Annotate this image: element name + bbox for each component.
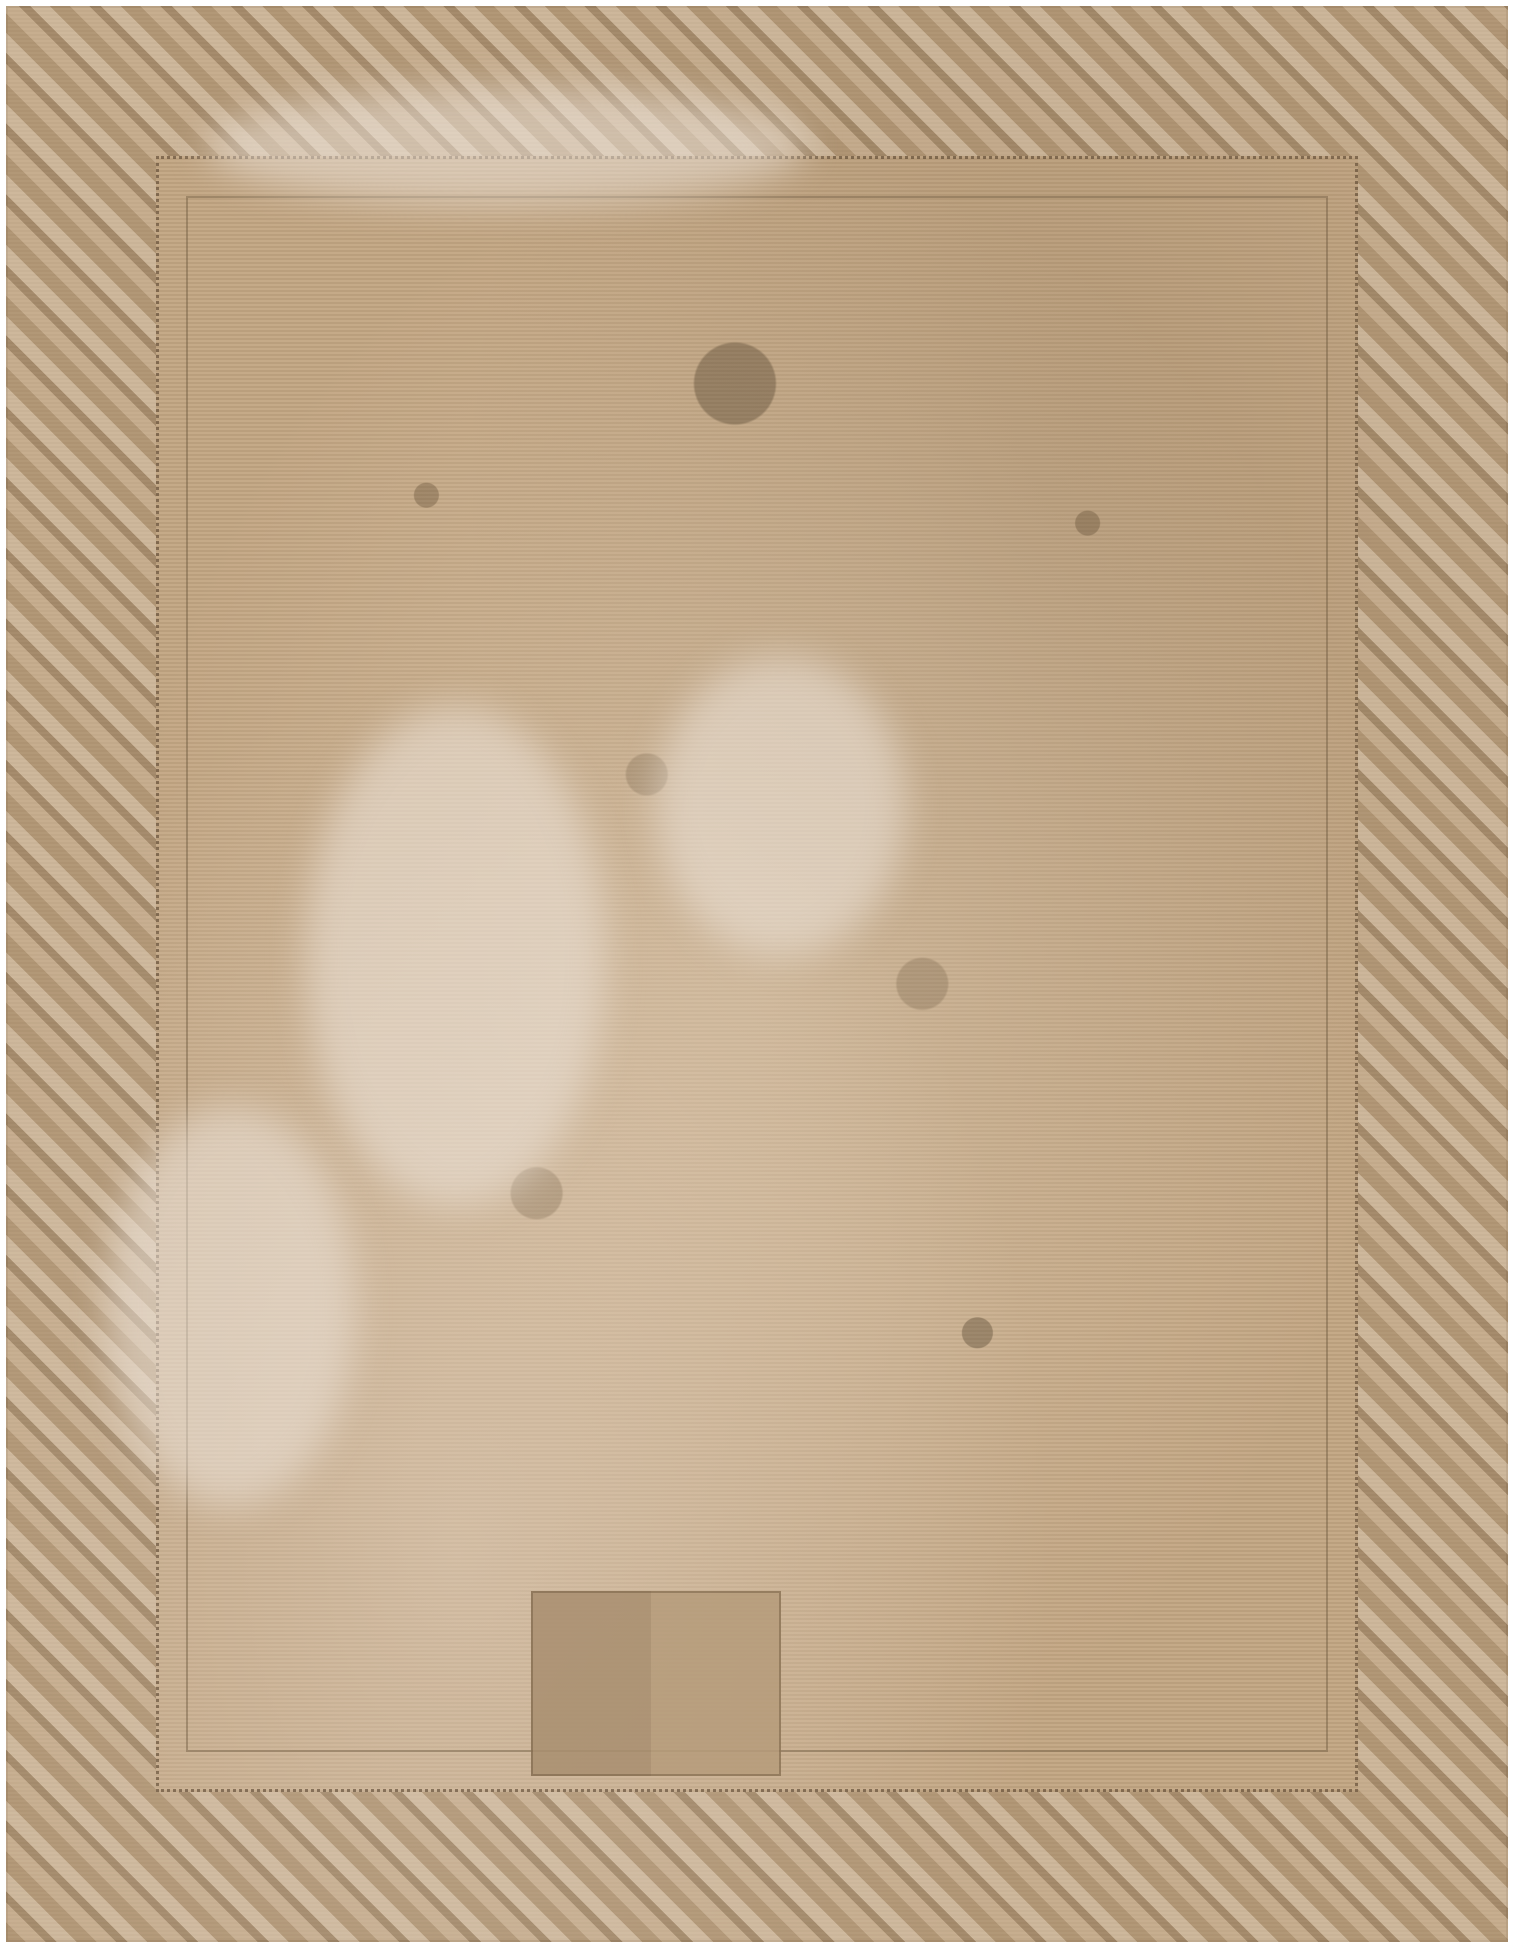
rug-wear-area [106,1106,356,1506]
rug-wear-area [656,656,906,956]
rug-wear-area [206,86,806,206]
rug-wear-area [306,706,606,1206]
rug-repair-patch [531,1591,781,1776]
rug-photo [6,6,1508,1942]
